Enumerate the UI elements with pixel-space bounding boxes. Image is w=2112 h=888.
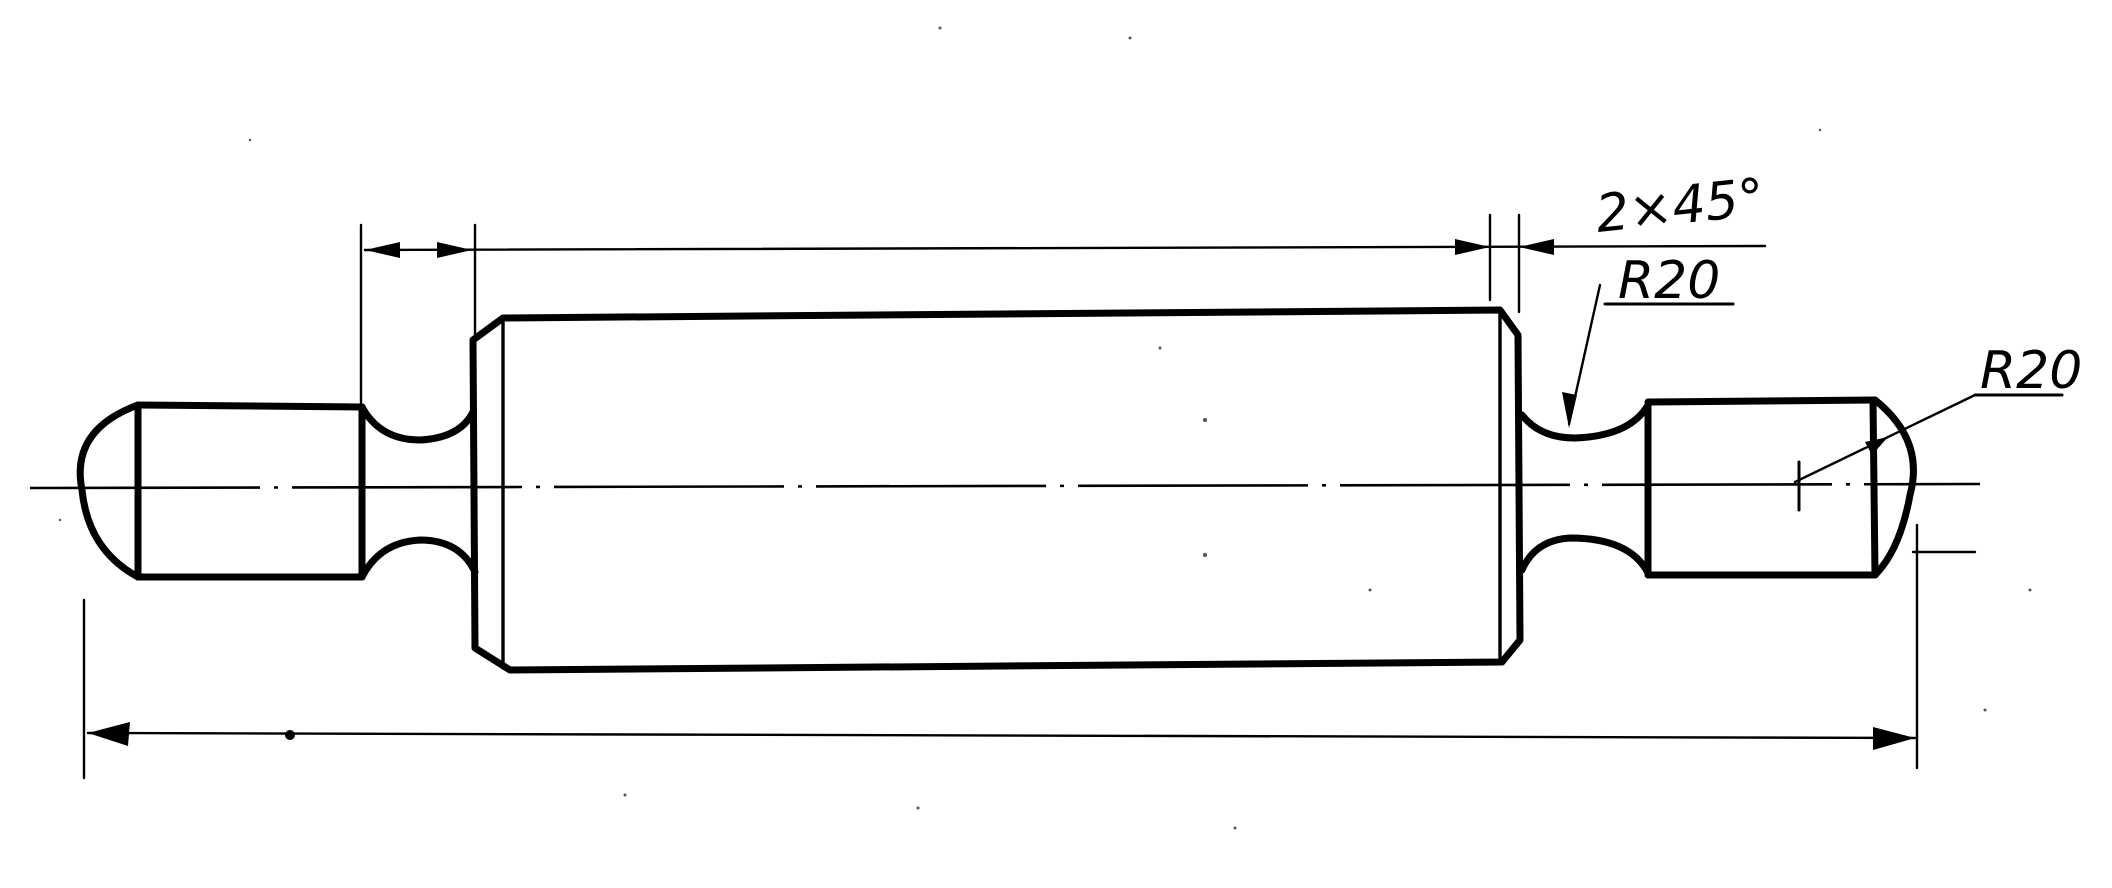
scan-noise	[59, 27, 2032, 830]
end-radius-leader	[1795, 395, 2062, 510]
right-neck-groove	[1522, 405, 1648, 573]
main-body	[473, 310, 1520, 670]
left-spherical-end	[80, 405, 138, 577]
centerline	[30, 484, 1980, 488]
chamfer-label: 2×45°	[1593, 168, 1767, 245]
end-radius-label: R20	[1980, 341, 2082, 401]
groove-radius-label: R20	[1618, 251, 1720, 311]
overall-length-dimension	[88, 722, 1915, 750]
left-neck-groove	[362, 407, 475, 577]
right-journal	[1648, 400, 1875, 575]
left-journal	[138, 405, 362, 577]
top-dimension	[365, 239, 1765, 258]
technical-drawing: 2×45° R20 R20	[0, 0, 2112, 888]
